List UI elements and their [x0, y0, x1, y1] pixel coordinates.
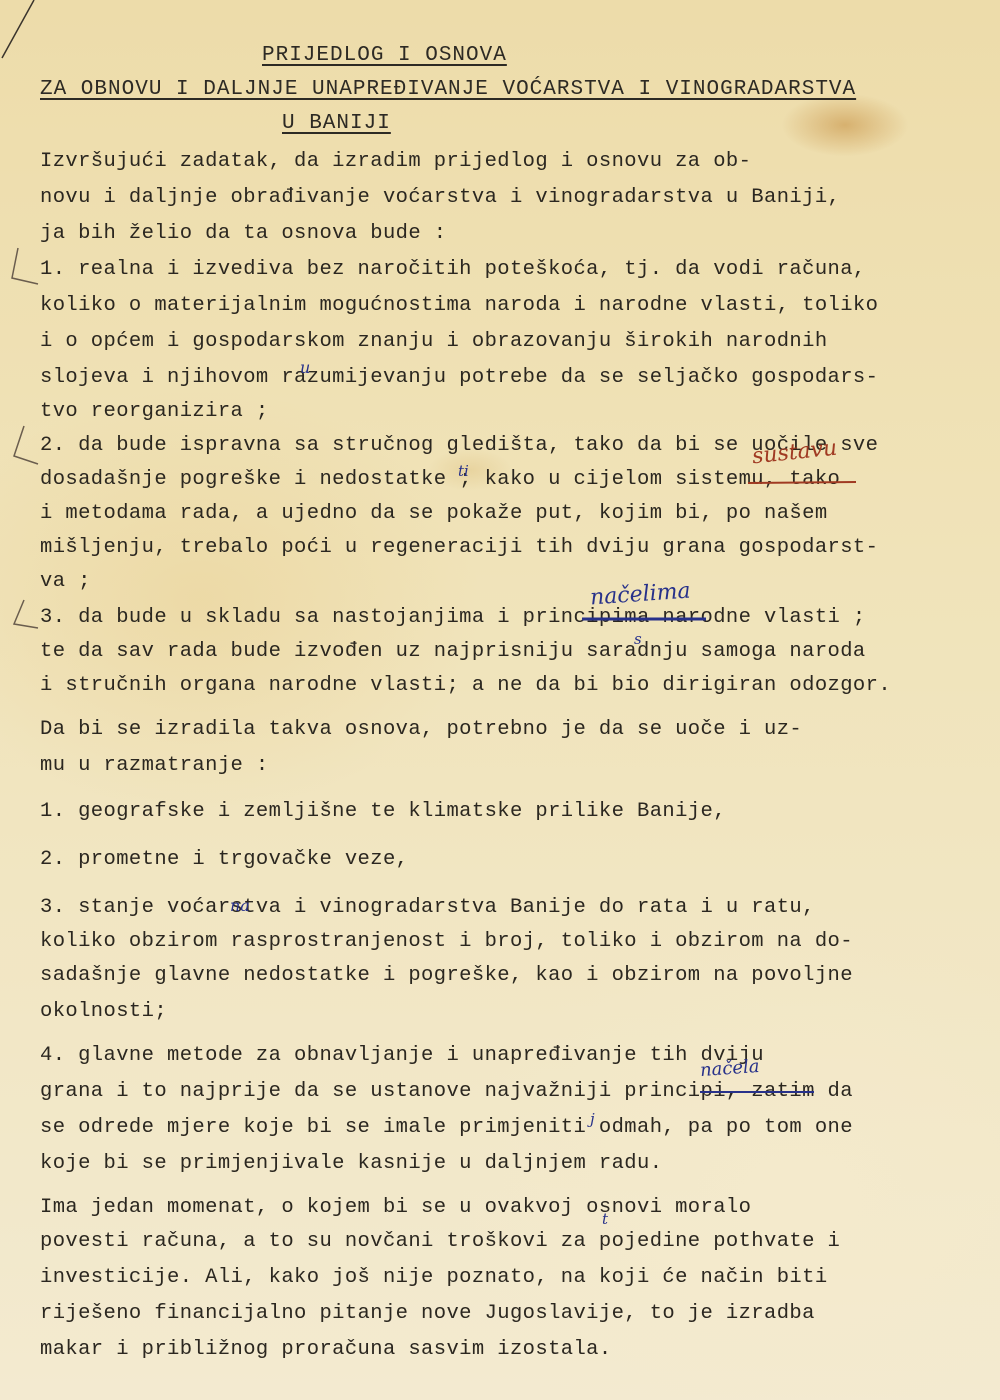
corner-pencil-mark	[0, 0, 40, 60]
title-line-2: ZA OBNOVU I DALJNJE UNAPREĐIVANJE VOĆARS…	[40, 78, 856, 101]
blue-strikethrough	[700, 1086, 816, 1098]
body-line: novu i daljnje obrađivanje voćarstva i v…	[40, 186, 840, 209]
body-line: se odrede mjere koje bi se imale primjen…	[40, 1116, 853, 1139]
title-line-1: PRIJEDLOG I OSNOVA	[262, 44, 507, 67]
body-line: koliko o materijalnim mogućnostima narod…	[40, 294, 878, 317]
body-line: te da sav rada bude izvođen uz najprisni…	[40, 640, 866, 663]
document-page: PRIJEDLOG I OSNOVA ZA OBNOVU I DALJNJE U…	[0, 0, 1000, 1400]
body-line: 3. da bude u skladu sa nastojanjima i pr…	[40, 606, 866, 629]
body-line: tvo reorganizira ;	[40, 400, 269, 423]
body-line: 1. realna i izvediva bez naročitih poteš…	[40, 258, 866, 281]
body-line: sadašnje glavne nedostatke i pogreške, k…	[40, 964, 853, 987]
body-line: i stručnih organa narodne vlasti; a ne d…	[40, 674, 891, 697]
body-line: riješeno financijalno pitanje nove Jugos…	[40, 1302, 815, 1325]
body-line: dosadašnje pogreške i nedostatke ; kako …	[40, 468, 840, 491]
body-line: koliko obzirom rasprostranjenost i broj,…	[40, 930, 853, 953]
body-line: mišljenju, trebalo poći u regeneraciji t…	[40, 536, 878, 559]
body-line: Da bi se izradila takva osnova, potrebno…	[40, 718, 802, 741]
body-line: mu u razmatranje :	[40, 754, 269, 777]
body-line: 2. prometne i trgovačke veze,	[40, 848, 408, 871]
body-line: povesti računa, a to su novčani troškovi…	[40, 1230, 840, 1253]
body-line: makar i približnog proračuna sasvim izos…	[40, 1338, 612, 1361]
body-line: 2. da bude ispravna sa stručnog gledišta…	[40, 434, 878, 457]
margin-bracket-2	[4, 420, 44, 470]
blue-strikethrough	[582, 612, 708, 626]
body-line: i o općem i gospodarskom znanju i obrazo…	[40, 330, 828, 353]
body-line: okolnosti;	[40, 1000, 167, 1023]
body-line: 3. stanje voćarstva i vinogradarstva Ban…	[40, 896, 815, 919]
title-line-3: U BANIJI	[282, 112, 391, 135]
body-line: slojeva i njihovom razumijevanju potrebe…	[40, 366, 878, 389]
body-line: Izvršujući zadatak, da izradim prijedlog…	[40, 150, 751, 173]
red-strikethrough	[748, 476, 858, 490]
body-line: va ;	[40, 570, 91, 593]
body-line: ja bih želio da ta osnova bude :	[40, 222, 446, 245]
body-line: 1. geografske i zemljišne te klimatske p…	[40, 800, 726, 823]
body-line: i metodama rada, a ujedno da se pokaže p…	[40, 502, 828, 525]
body-line: investicije. Ali, kako još nije poznato,…	[40, 1266, 828, 1289]
margin-bracket-1	[4, 240, 44, 290]
body-line: 4. glavne metode za obnavljanje i unapre…	[40, 1044, 764, 1067]
body-line: koje bi se primjenjivale kasnije u daljn…	[40, 1152, 662, 1175]
margin-bracket-3	[4, 594, 44, 644]
body-line: Ima jedan momenat, o kojem bi se u ovakv…	[40, 1196, 751, 1219]
